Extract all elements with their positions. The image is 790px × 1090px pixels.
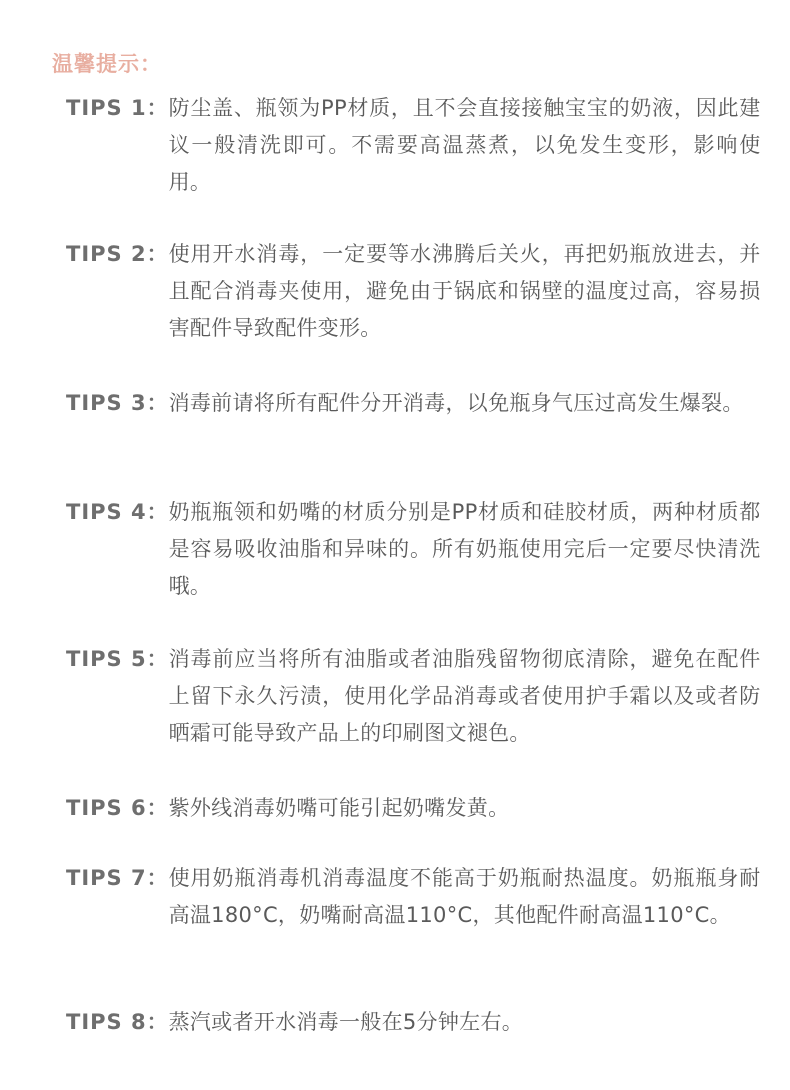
tip-text: 消毒前应当将所有油脂或者油脂残留物彻底清除，避免在配件上留下永久污渍，使用化学品… [169,641,761,752]
tip-text: 使用奶瓶消毒机消毒温度不能高于奶瓶耐热温度。奶瓶瓶身耐高温180°C，奶嘴耐高温… [169,860,761,934]
tip-text: 消毒前请将所有配件分开消毒，以免瓶身气压过高发生爆裂。 [169,385,761,422]
section-title: 温馨提示： [52,48,162,78]
tip-item-6: TIPS 6： 紫外线消毒奶嘴可能引起奶嘴发黄。 [66,790,766,827]
tip-item-3: TIPS 3： 消毒前请将所有配件分开消毒，以免瓶身气压过高发生爆裂。 [66,385,766,422]
tip-label: TIPS 2： [66,236,169,273]
tip-label: TIPS 4： [66,494,169,531]
tip-label: TIPS 3： [66,385,169,422]
tip-label: TIPS 5： [66,641,169,678]
tip-label: TIPS 1： [66,90,169,127]
tip-text: 蒸汽或者开水消毒一般在5分钟左右。 [169,1004,761,1041]
tip-text: 使用开水消毒，一定要等水沸腾后关火，再把奶瓶放进去，并且配合消毒夹使用，避免由于… [169,236,761,347]
tip-label: TIPS 8： [66,1004,169,1041]
tip-item-5: TIPS 5： 消毒前应当将所有油脂或者油脂残留物彻底清除，避免在配件上留下永久… [66,641,766,752]
tip-item-8: TIPS 8： 蒸汽或者开水消毒一般在5分钟左右。 [66,1004,766,1041]
tip-item-1: TIPS 1： 防尘盖、瓶领为PP材质，且不会直接接触宝宝的奶液，因此建议一般清… [66,90,766,201]
tip-label: TIPS 7： [66,860,169,897]
tip-label: TIPS 6： [66,790,169,827]
tip-text: 紫外线消毒奶嘴可能引起奶嘴发黄。 [169,790,761,827]
tip-text: 防尘盖、瓶领为PP材质，且不会直接接触宝宝的奶液，因此建议一般清洗即可。不需要高… [169,90,761,201]
tip-item-7: TIPS 7： 使用奶瓶消毒机消毒温度不能高于奶瓶耐热温度。奶瓶瓶身耐高温180… [66,860,766,934]
tip-item-4: TIPS 4： 奶瓶瓶领和奶嘴的材质分别是PP材质和硅胶材质，两种材质都是容易吸… [66,494,766,605]
tip-item-2: TIPS 2： 使用开水消毒，一定要等水沸腾后关火，再把奶瓶放进去，并且配合消毒… [66,236,766,347]
tip-text: 奶瓶瓶领和奶嘴的材质分别是PP材质和硅胶材质，两种材质都是容易吸收油脂和异味的。… [169,494,761,605]
